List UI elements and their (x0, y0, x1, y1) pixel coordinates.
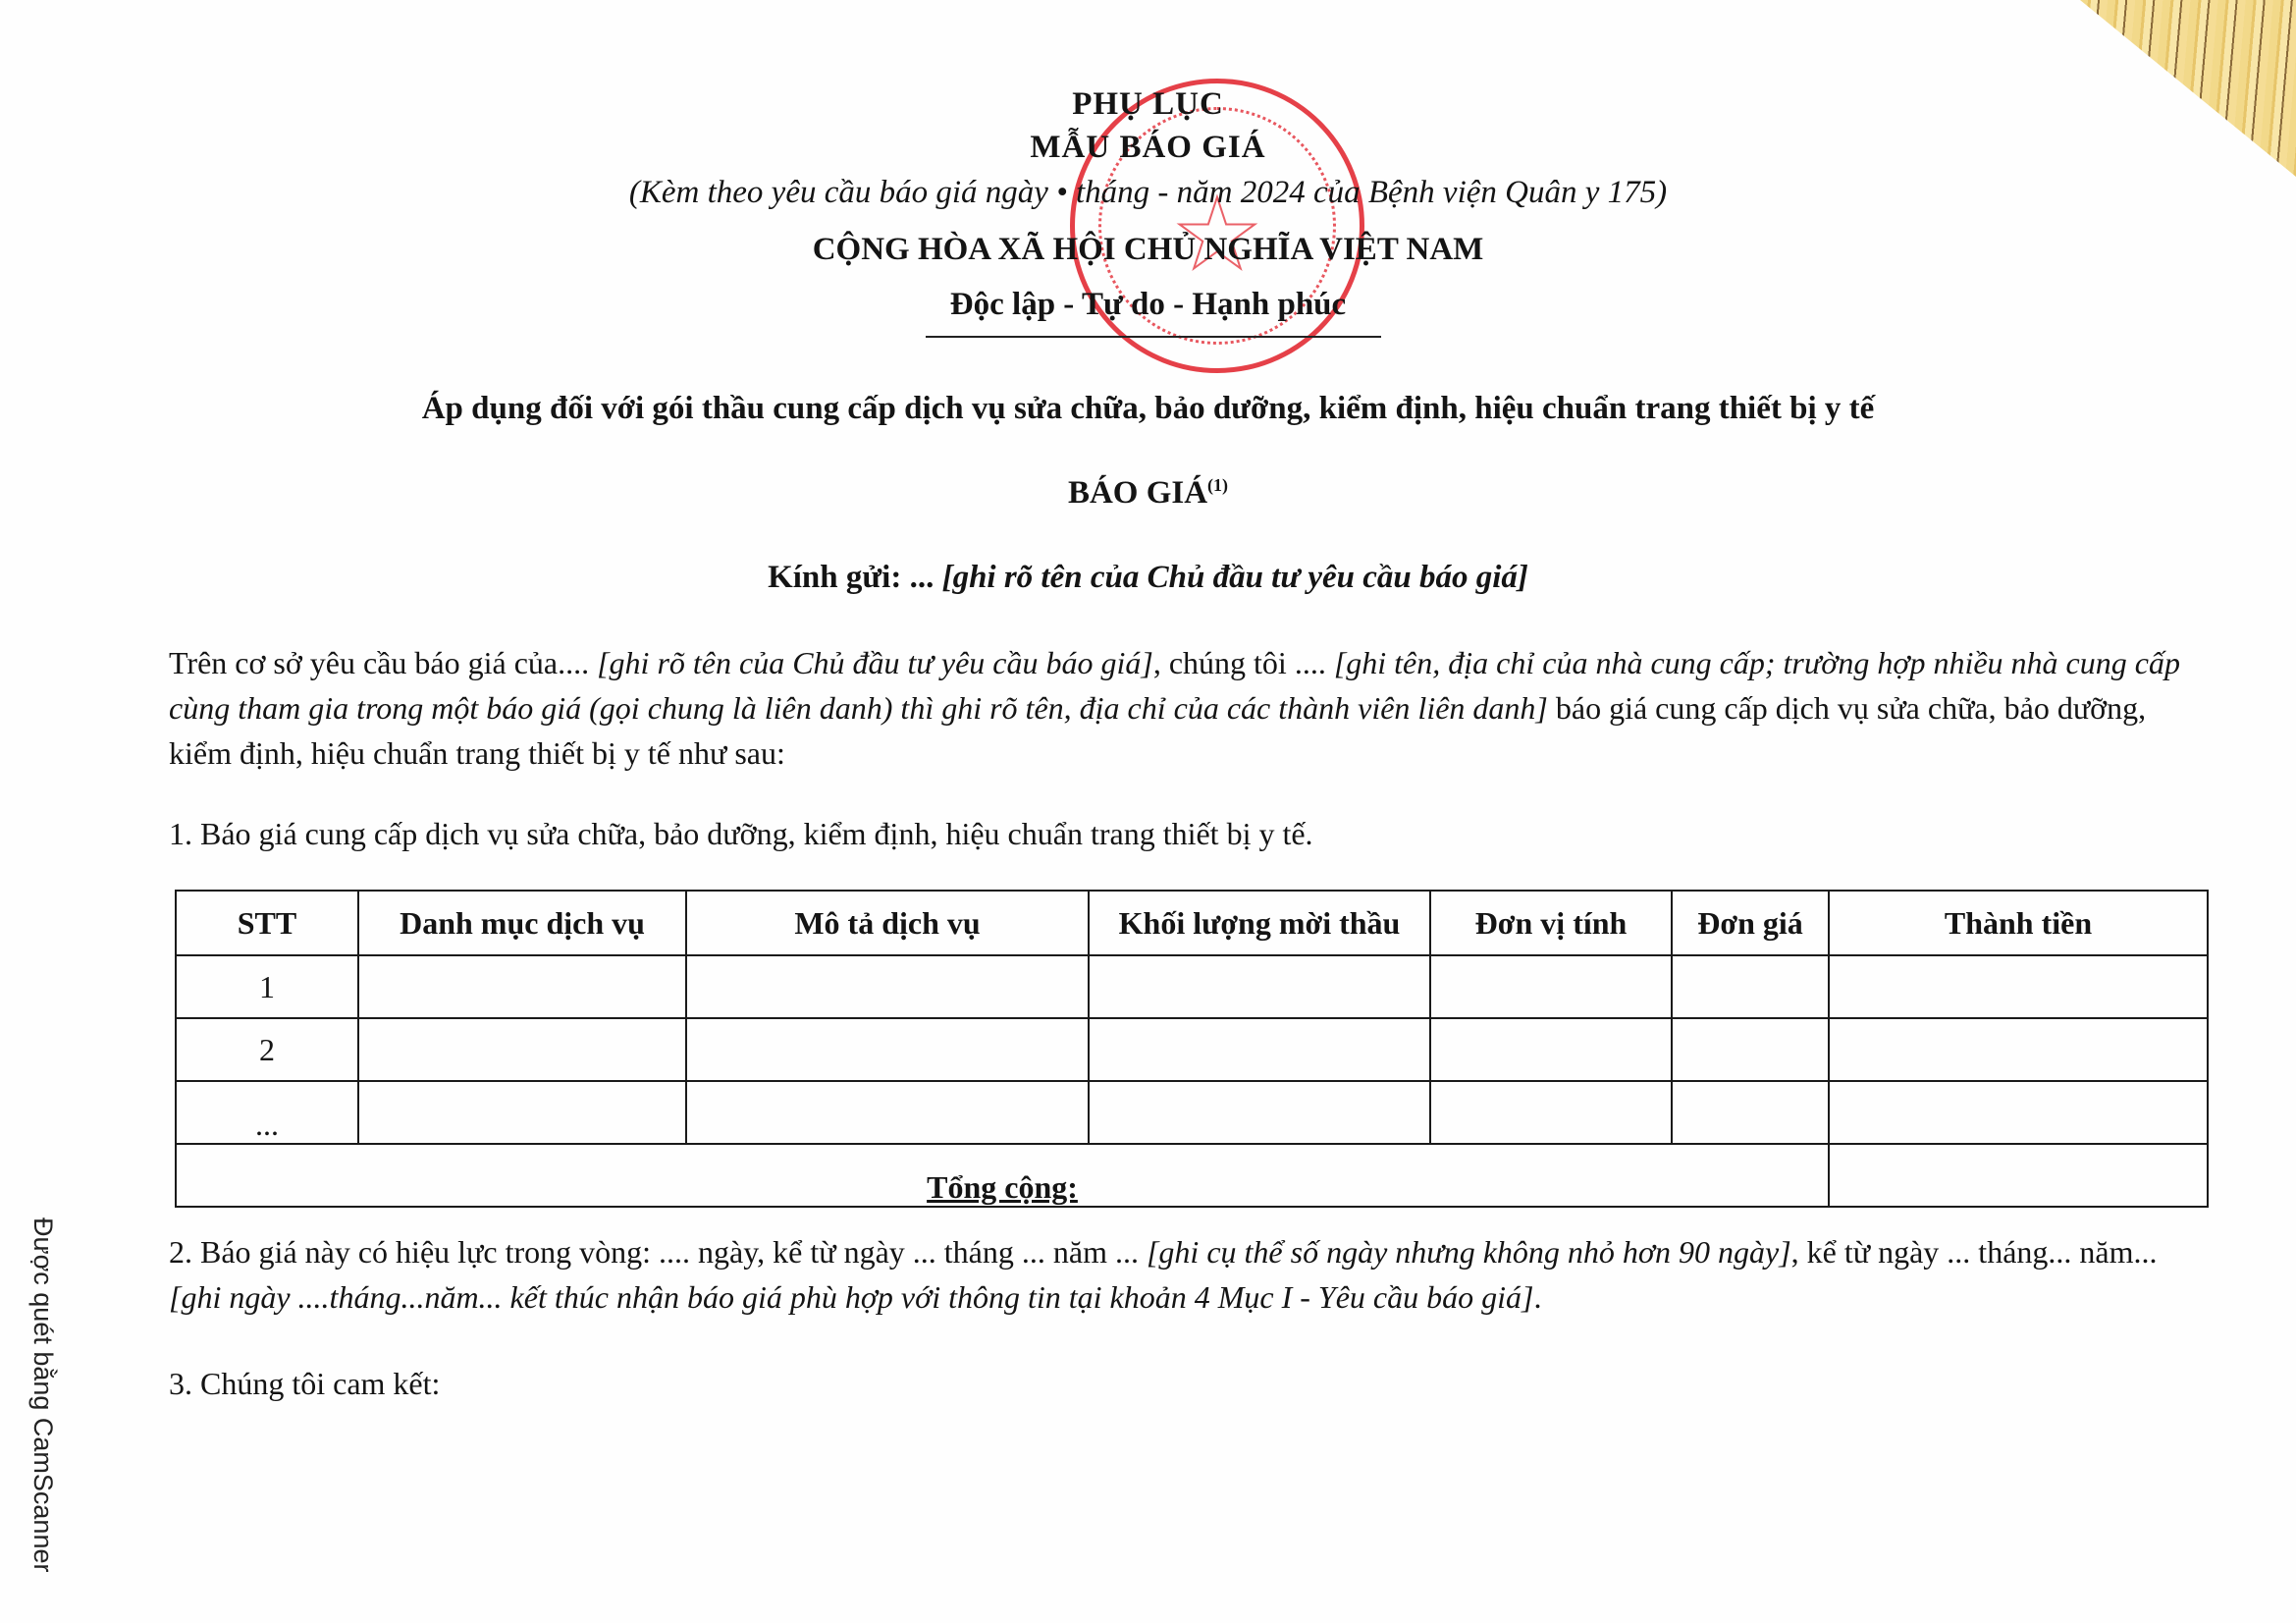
table-row: 1 (176, 955, 2208, 1018)
appendix-heading: PHỤ LỤC (0, 86, 2296, 123)
col-header-unit: Đơn vị tính (1430, 891, 1672, 955)
attachment-note: (Kèm theo yêu cầu báo giá ngày • tháng -… (0, 175, 2296, 211)
cell-unit-price[interactable] (1672, 1081, 1829, 1144)
cell-service-description[interactable] (686, 955, 1089, 1018)
intro-text-1: Trên cơ sở yêu cầu báo giá của.... (169, 645, 597, 680)
cell-service-category[interactable] (358, 955, 686, 1018)
cell-unit[interactable] (1430, 955, 1672, 1018)
cell-quantity[interactable] (1089, 1018, 1430, 1081)
addressee-line: Kính gửi: ... [ghi rõ tên của Chủ đầu tư… (0, 560, 2296, 596)
form-title: MẪU BÁO GIÁ (0, 130, 2296, 166)
cell-amount[interactable] (1829, 1081, 2208, 1144)
cell-amount[interactable] (1829, 955, 2208, 1018)
section-3-commitment: 3. Chúng tôi cam kết: (169, 1361, 2211, 1406)
cell-service-category[interactable] (358, 1018, 686, 1081)
national-motto: Độc lập - Tự do - Hạnh phúc (0, 287, 2296, 323)
addressee-label: Kính gửi: ... (768, 560, 934, 595)
intro-text-2: , chúng tôi .... (1153, 645, 1334, 680)
cell-service-category[interactable] (358, 1081, 686, 1144)
intro-paragraph: Trên cơ sở yêu cầu báo giá của.... [ghi … (169, 640, 2211, 776)
cell-quantity[interactable] (1089, 955, 1430, 1018)
validity-placeholder-date: [ghi ngày ....tháng...năm... kết thúc nh… (169, 1279, 1533, 1315)
intro-placeholder-investor: [ghi rõ tên của Chủ đầu tư yêu cầu báo g… (597, 645, 1153, 680)
cell-unit[interactable] (1430, 1018, 1672, 1081)
col-header-service-category: Danh mục dịch vụ (358, 891, 686, 955)
cell-service-description[interactable] (686, 1018, 1089, 1081)
table-header-row: STT Danh mục dịch vụ Mô tả dịch vụ Khối … (176, 891, 2208, 955)
cell-stt: 1 (176, 955, 358, 1018)
col-header-unit-price: Đơn giá (1672, 891, 1829, 955)
nation-name: CỘNG HÒA XÃ HỘI CHỦ NGHĨA VIỆT NAM (0, 232, 2296, 268)
red-seal-stamp (1070, 79, 1364, 373)
cell-unit[interactable] (1430, 1081, 1672, 1144)
cell-unit-price[interactable] (1672, 1018, 1829, 1081)
motto-underline (926, 336, 1381, 338)
addressee-placeholder: [ghi rõ tên của Chủ đầu tư yêu cầu báo g… (942, 560, 1528, 595)
cell-stt: 2 (176, 1018, 358, 1081)
cell-unit-price[interactable] (1672, 955, 1829, 1018)
footnote-marker: (1) (1207, 475, 1228, 495)
quote-table: STT Danh mục dịch vụ Mô tả dịch vụ Khối … (175, 890, 2209, 1208)
cell-amount[interactable] (1829, 1018, 2208, 1081)
table-total-row: Tổng cộng: (176, 1144, 2208, 1207)
scope-heading: Áp dụng đối với gói thầu cung cấp dịch v… (0, 391, 2296, 427)
total-label: Tổng cộng: (176, 1144, 1829, 1207)
col-header-service-description: Mô tả dịch vụ (686, 891, 1089, 955)
table-row: ... (176, 1081, 2208, 1144)
validity-text-2: , kể từ ngày ... tháng... năm... (1791, 1234, 2158, 1270)
validity-placeholder-days: [ghi cụ thể số ngày nhưng không nhỏ hơn … (1147, 1234, 1791, 1270)
cell-service-description[interactable] (686, 1081, 1089, 1144)
col-header-quantity: Khối lượng mời thầu (1089, 891, 1430, 955)
section-1-heading: 1. Báo giá cung cấp dịch vụ sửa chữa, bả… (169, 811, 2211, 856)
col-header-amount: Thành tiền (1829, 891, 2208, 955)
quote-title-text: BÁO GIÁ (1068, 475, 1207, 511)
cell-quantity[interactable] (1089, 1081, 1430, 1144)
section-2-validity: 2. Báo giá này có hiệu lực trong vòng: .… (169, 1229, 2211, 1320)
camscanner-watermark: Được quét bằng CamScanner (27, 1217, 58, 1572)
col-header-stt: STT (176, 891, 358, 955)
cell-stt: ... (176, 1081, 358, 1144)
table-row: 2 (176, 1018, 2208, 1081)
total-value[interactable] (1829, 1144, 2208, 1207)
quote-title: BÁO GIÁ(1) (0, 475, 2296, 512)
validity-text-3: . (1533, 1279, 1541, 1315)
validity-text-1: 2. Báo giá này có hiệu lực trong vòng: .… (169, 1234, 1147, 1270)
